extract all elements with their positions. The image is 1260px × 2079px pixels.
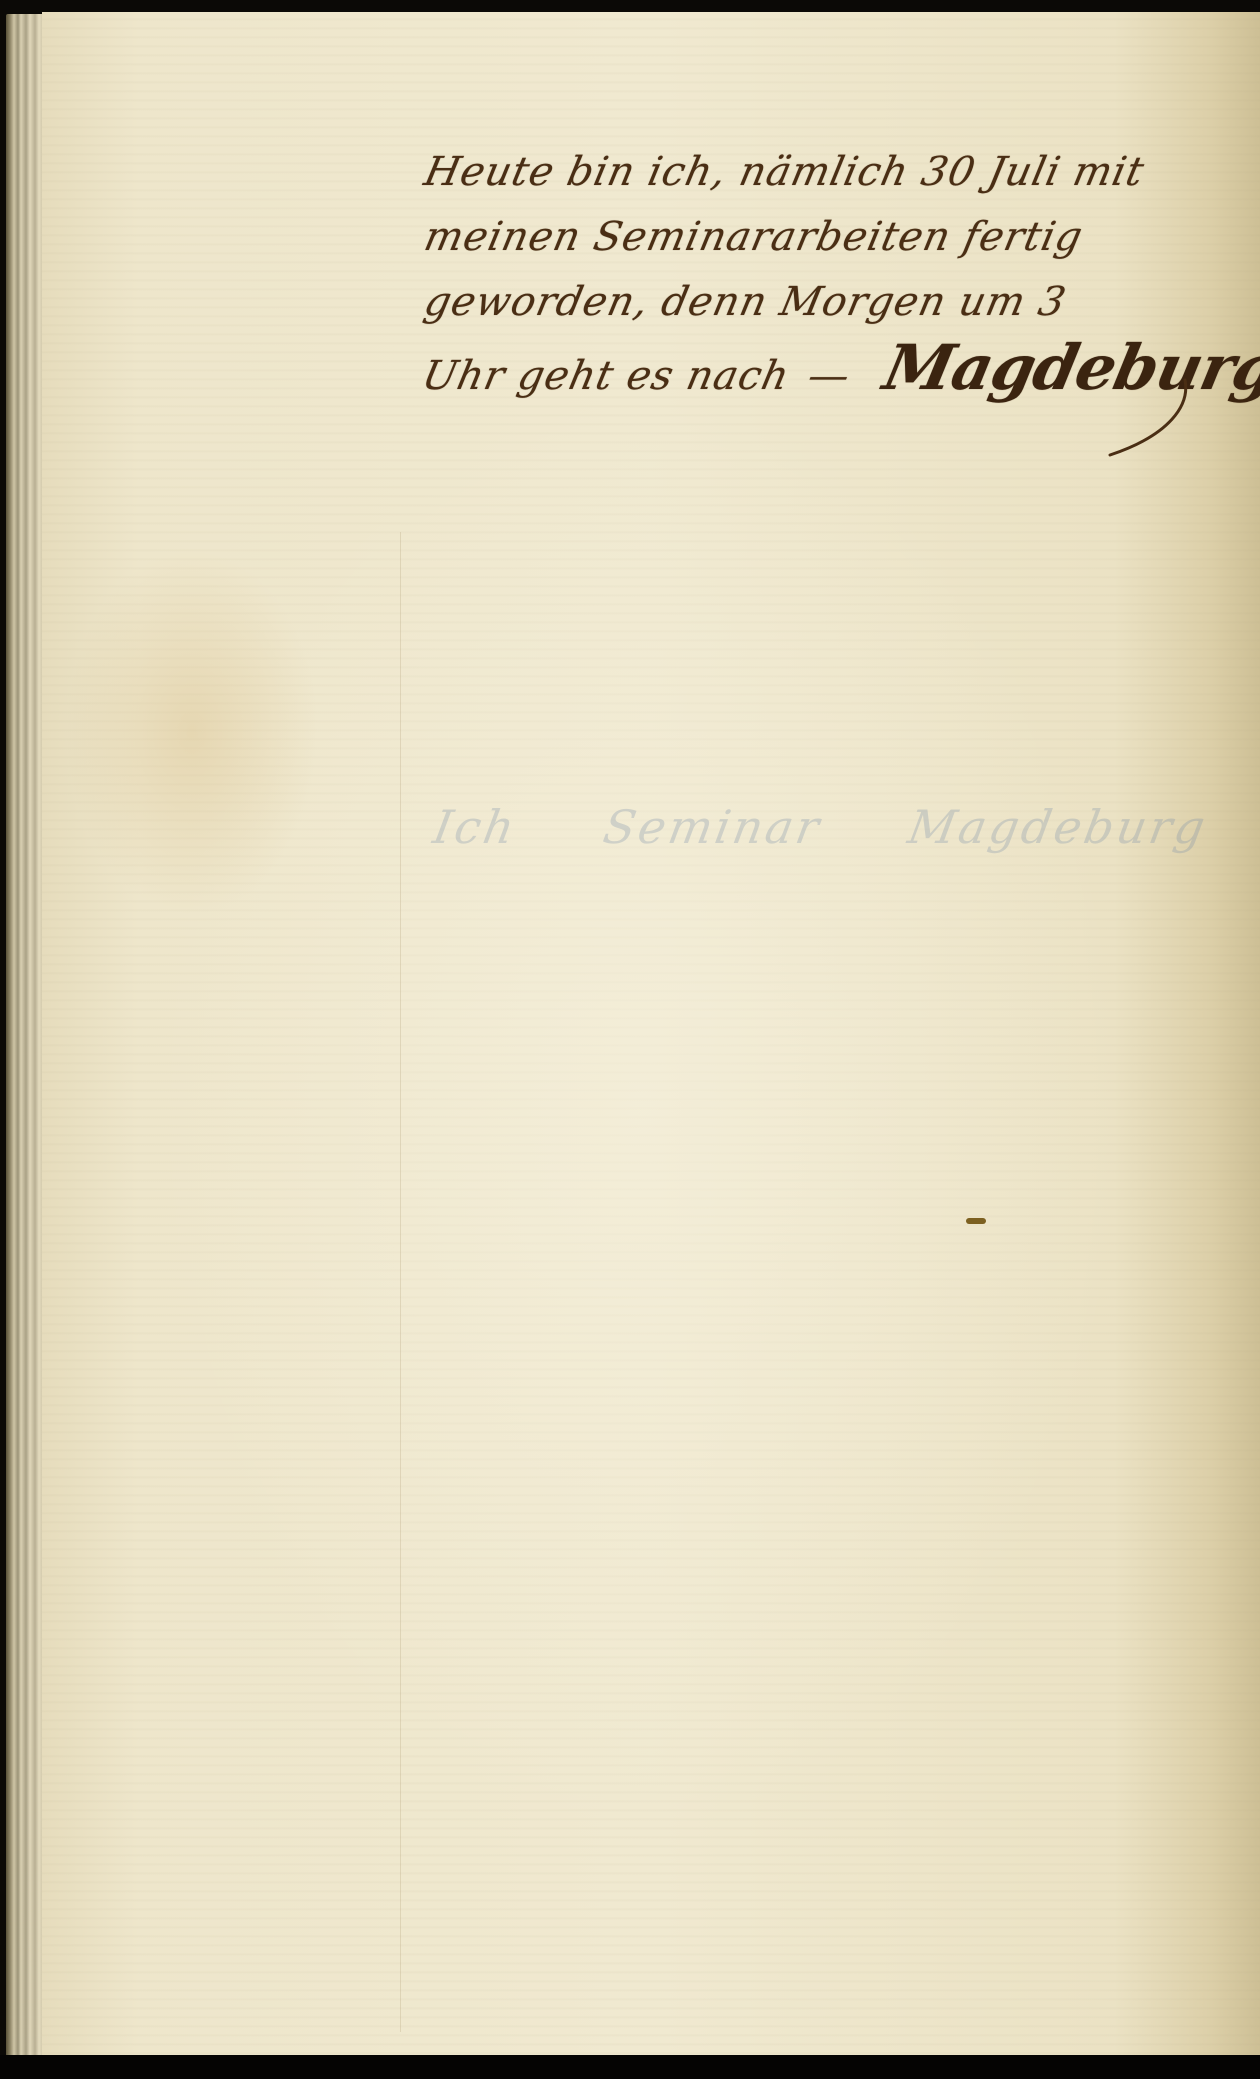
bleed-word-1: Ich [429,800,521,854]
handwritten-entry: Heute bin ich, nämlich 30 Juli mit meine… [425,140,1215,400]
handwritten-line-3: geworden, denn Morgen um 3 [418,270,1222,335]
paper-crease [400,532,401,2032]
signature-flourish-icon [1090,375,1200,465]
scanned-page-background: Heute bin ich, nämlich 30 Juli mit meine… [0,0,1260,2079]
handwritten-line-1: Heute bin ich, nämlich 30 Juli mit [418,140,1222,205]
bleed-word-2: Seminar [599,800,826,854]
bleed-word-3: Magdeburg [904,800,1212,854]
scan-bottom-edge [0,2055,1260,2079]
handwritten-line-2: meinen Seminararbeiten fertig [418,205,1222,270]
place-name: Magdeburg [878,331,1260,404]
ink-speck [966,1218,986,1224]
bleed-through-text: Ich Seminar Magdeburg [421,800,1199,900]
line-4-text: Uhr geht es nach [418,353,794,399]
dash: — [804,353,855,399]
